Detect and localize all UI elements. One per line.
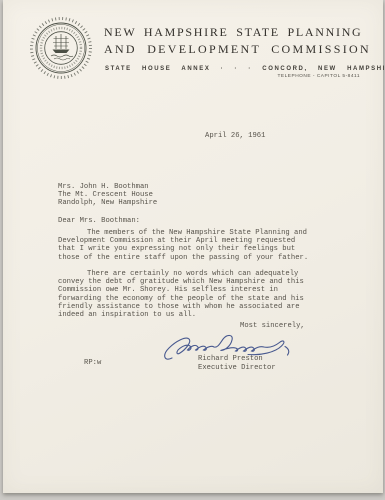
- recipient-line: The Mt. Crescent House: [58, 191, 157, 199]
- salutation: Dear Mrs. Boothman:: [58, 217, 140, 225]
- letterhead-address: STATE HOUSE ANNEX · · · CONCORD, NEW HAM…: [105, 66, 363, 72]
- signed-title: Executive Director: [198, 364, 276, 372]
- letterhead-phone: TELEPHONE - CAPITOL 5-8411: [105, 74, 360, 79]
- recipient-line: Mrs. John H. Boothman: [58, 183, 157, 191]
- signed-name: Richard Preston: [198, 355, 263, 363]
- body-paragraph-2: There are certainly no words which can a…: [58, 270, 311, 319]
- body-paragraph-1: The members of the New Hampshire State P…: [58, 229, 311, 262]
- date-line: April 26, 1961: [205, 132, 265, 140]
- org-name-line1: NEW HAMPSHIRE STATE PLANNING: [104, 25, 362, 40]
- nh-state-seal-icon: [29, 15, 93, 81]
- typist-initials: RP:w: [84, 359, 101, 367]
- recipient-line: Randolph, New Hampshire: [58, 199, 157, 207]
- org-name-line2: AND DEVELOPMENT COMMISSION: [104, 42, 371, 57]
- recipient-address: Mrs. John H. Boothman The Mt. Crescent H…: [58, 183, 157, 208]
- scanned-letter: NEW HAMPSHIRE STATE PLANNING AND DEVELOP…: [0, 0, 385, 500]
